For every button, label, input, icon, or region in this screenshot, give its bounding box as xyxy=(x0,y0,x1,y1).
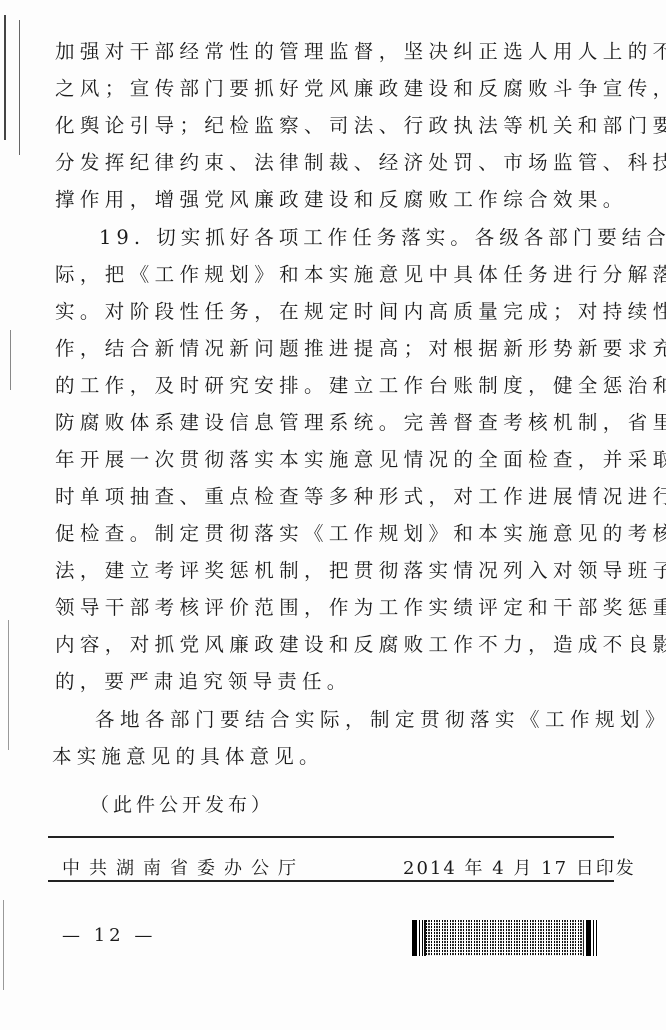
document-page: 加强对干部经常性的管理监督，坚决纠正选人用人上的不正 之风；宣传部门要抓好党风廉… xyxy=(0,0,666,1030)
footer-bottom-rule xyxy=(48,880,614,882)
body-line: 作，结合新情况新问题推进提高；对根据新形势新要求充实 xyxy=(55,337,625,361)
closing-paragraph-line: 本实施意见的具体意见。 xyxy=(52,745,622,769)
closing-paragraph-line: 各地各部门要结合实际，制定贯彻落实《工作规划》和 xyxy=(95,708,665,732)
body-line: 内容，对抓党风廉政建设和反腐败工作不力，造成不良影响 xyxy=(55,633,625,657)
body-line: 加强对干部经常性的管理监督，坚决纠正选人用人上的不正 xyxy=(55,40,625,64)
pdf417-barcode xyxy=(412,920,598,956)
binding-mark xyxy=(3,900,4,990)
barcode-stop-guard xyxy=(584,920,598,956)
body-line: 之风；宣传部门要抓好党风廉政建设和反腐败斗争宣传，强 xyxy=(55,77,625,101)
barcode-data-area xyxy=(426,920,582,956)
body-line: 实。对阶段性任务，在规定时间内高质量完成；对持续性工 xyxy=(55,300,625,324)
binding-mark xyxy=(8,620,9,750)
body-line: 促检查。制定贯彻落实《工作规划》和本实施意见的考核办 xyxy=(55,522,625,546)
body-line: 分发挥纪律约束、法律制裁、经济处罚、市场监管、科技支 xyxy=(55,151,625,175)
body-line: 撑作用，增强党风廉政建设和反腐败工作综合效果。 xyxy=(55,188,625,212)
body-line: 法，建立考评奖惩机制，把贯彻落实情况列入对领导班子和 xyxy=(55,559,625,583)
barcode-start-guard xyxy=(412,920,424,956)
body-line: 的，要严肃追究领导责任。 xyxy=(55,670,625,694)
publish-note: （此件公开发布） xyxy=(90,790,274,817)
body-line: 际，把《工作规划》和本实施意见中具体任务进行分解落 xyxy=(55,263,625,287)
page-number: — 12 — xyxy=(62,925,156,946)
binding-mark xyxy=(4,15,6,140)
body-line: 时单项抽查、重点检查等多种形式，对工作进展情况进行督 xyxy=(55,485,625,509)
body-line: 年开展一次贯彻落实本实施意见情况的全面检查，并采取平 xyxy=(55,448,625,472)
body-line: 的工作，及时研究安排。建立工作台账制度，健全惩治和预 xyxy=(55,374,625,398)
binding-mark xyxy=(19,20,20,155)
issue-date: 2014 年 4 月 17 日印发 xyxy=(403,854,636,880)
section-heading-line: 19. 切实抓好各项工作任务落实。各级各部门要结合实 xyxy=(99,226,666,250)
binding-mark xyxy=(10,330,11,390)
issuing-office: 中共湖南省委办公厅 xyxy=(62,854,305,880)
body-line: 化舆论引导；纪检监察、司法、行政执法等机关和部门要充 xyxy=(55,114,625,138)
body-line: 领导干部考核评价范围，作为工作实绩评定和干部奖惩重要 xyxy=(55,596,625,620)
footer-top-rule xyxy=(48,836,614,838)
body-line: 防腐败体系建设信息管理系统。完善督查考核机制，省里每 xyxy=(55,411,625,435)
